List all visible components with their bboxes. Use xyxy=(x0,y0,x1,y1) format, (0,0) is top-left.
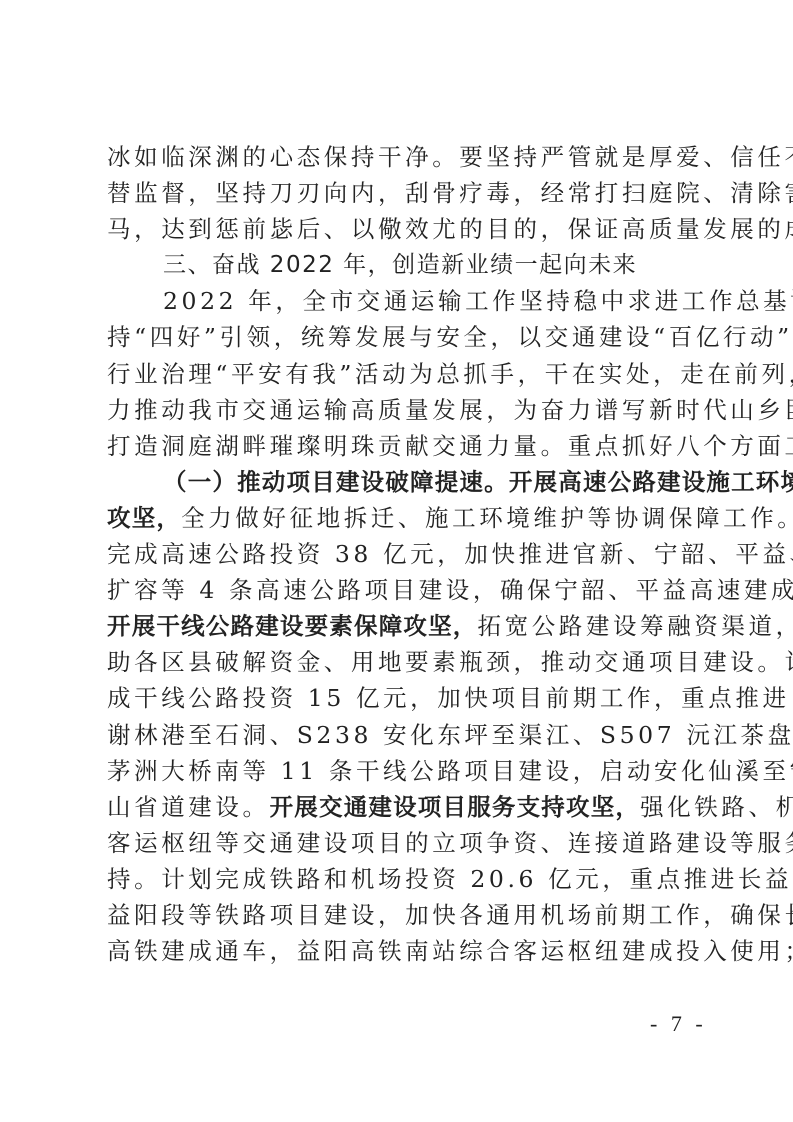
body-text: 冰如临深渊的心态保持干净。要坚持严管就是厚爱、信任不能代 替监督，坚持刀刃向内，… xyxy=(107,139,699,969)
item-line: 山省道建设。开展交通建设项目服务支持攻坚，强化铁路、机场、 xyxy=(107,789,699,825)
text-run: 山省道建设。 xyxy=(107,793,270,821)
bold-phrase: 开展高速公路建设施工环境 xyxy=(509,468,793,496)
text-line: 客运枢纽等交通建设项目的立项争资、连接道路建设等服务支 xyxy=(107,825,699,861)
text-line: 替监督，坚持刀刃向内，刮骨疗毒，经常打扫庭院、清除害群之 xyxy=(107,175,699,211)
item-line: 攻坚，全力做好征地拆迁、施工环境维护等协调保障工作。计划 xyxy=(107,500,699,536)
item-line: 开展干线公路建设要素保障攻坚，拓宽公路建设筹融资渠道，协 xyxy=(107,608,699,644)
text-line: 马，达到惩前毖后、以儆效尤的目的，保证高质量发展的成效。 xyxy=(107,211,699,247)
text-line: 冰如临深渊的心态保持干净。要坚持严管就是厚爱、信任不能代 xyxy=(107,139,699,175)
section-heading: 三、奋战 2022 年，创造新业绩一起向未来 xyxy=(107,247,699,283)
text-line: 持。计划完成铁路和机场投资 20.6 亿元，重点推进长益常高铁 xyxy=(107,861,699,897)
page-number: - 7 - xyxy=(650,1011,707,1037)
text-line: 扩容等 4 条高速公路项目建设，确保宁韶、平益高速建成通车。 xyxy=(107,572,699,608)
text-line: 谢林港至石洞、S238 安化东坪至渠江、S507 沅江茶盘洲镇至黄 xyxy=(107,717,699,753)
text-line: 打造洞庭湖畔璀璨明珠贡献交通力量。重点抓好八个方面工作： xyxy=(107,428,699,464)
text-line: 力推动我市交通运输高质量发展，为奋力谱写新时代山乡巨变， xyxy=(107,392,699,428)
item-title: （一）推动项目建设破障提速。 xyxy=(163,468,509,496)
text-line: 2022 年，全市交通运输工作坚持稳中求进工作总基调，坚 xyxy=(107,283,699,319)
text-line: 高铁建成通车，益阳高铁南站综合客运枢纽建成投入使用；计划 xyxy=(107,933,699,969)
bold-phrase: 开展干线公路建设要素保障攻坚， xyxy=(107,612,478,640)
bold-phrase: 攻坚， xyxy=(107,504,181,532)
text-line: 行业治理“平安有我”活动为总抓手，干在实处，走在前列，全 xyxy=(107,356,699,392)
text-run: 拓宽公路建设筹融资渠道，协 xyxy=(478,612,793,640)
text-line: 益阳段等铁路项目建设，加快各通用机场前期工作，确保长益常 xyxy=(107,897,699,933)
text-line: 成干线公路投资 15 亿元，加快项目前期工作，重点推进 G234 xyxy=(107,680,699,716)
text-line: 助各区县破解资金、用地要素瓶颈，推动交通项目建设。计划完 xyxy=(107,644,699,680)
text-run: 强化铁路、机场、 xyxy=(640,793,793,821)
item-line: （一）推动项目建设破障提速。开展高速公路建设施工环境 xyxy=(107,464,699,500)
bold-phrase: 开展交通建设项目服务支持攻坚， xyxy=(270,793,641,821)
text-line: 持“四好”引领，统筹发展与安全，以交通建设“百亿行动”、 xyxy=(107,319,699,355)
text-line: 完成高速公路投资 38 亿元，加快推进官新、宁韶、平益、益常 xyxy=(107,536,699,572)
document-page: 冰如临深渊的心态保持干净。要坚持严管就是厚爱、信任不能代 替监督，坚持刀刃向内，… xyxy=(0,0,793,1122)
text-line: 茅洲大桥南等 11 条干线公路项目建设，启动安化仙溪至宁乡沩 xyxy=(107,753,699,789)
text-run: 全力做好征地拆迁、施工环境维护等协调保障工作。计划 xyxy=(181,504,793,532)
